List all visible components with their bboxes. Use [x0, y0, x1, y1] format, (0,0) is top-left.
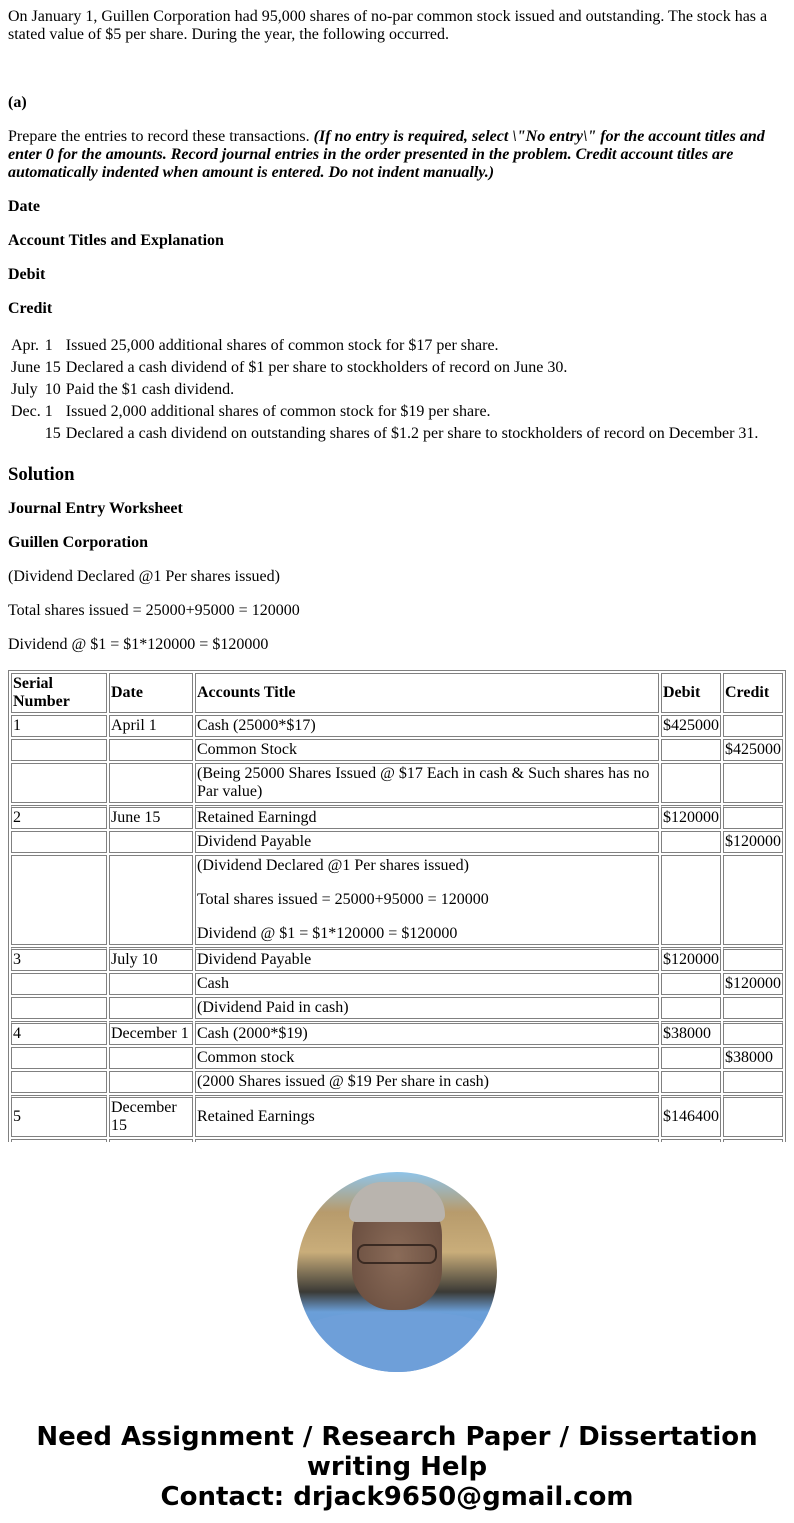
event-day: 1: [44, 402, 63, 422]
table-row: Cash$120000: [11, 973, 783, 995]
cell-account-title: Cash: [195, 973, 659, 995]
cell-account-title: (2000 Shares issued @ $19 Per share in c…: [195, 1071, 659, 1093]
banner-headline: Need Assignment / Research Paper / Disse…: [28, 1422, 766, 1482]
header-credit: Credit: [723, 673, 783, 713]
event-day: 1: [44, 336, 63, 356]
cell-credit: $120000: [723, 973, 783, 995]
event-description: Issued 25,000 additional shares of commo…: [65, 336, 760, 356]
cell-credit: [723, 1021, 783, 1045]
event-month: July: [10, 380, 42, 400]
cell-date: [109, 1047, 193, 1069]
note-dividend-calc: Dividend @ $1 = $1*120000 = $120000: [8, 636, 786, 654]
event-day: 10: [44, 380, 63, 400]
event-description: Issued 2,000 additional shares of common…: [65, 402, 760, 422]
event-description: Declared a cash dividend on outstanding …: [65, 424, 760, 444]
cell-account-title: Cash (2000*$19): [195, 1021, 659, 1045]
table-row: 1April 1Cash (25000*$17)$425000: [11, 715, 783, 737]
cell-credit: [723, 997, 783, 1019]
cell-date: [109, 763, 193, 803]
cell-date: [109, 855, 193, 945]
table-row: (2000 Shares issued @ $19 Per share in c…: [11, 1071, 783, 1093]
cell-serial: [11, 997, 107, 1019]
solution-heading: Solution: [8, 466, 786, 484]
table-row: 3July 10Dividend Payable$120000: [11, 947, 783, 971]
table-row: Dividend Payable$146400: [11, 1139, 783, 1142]
cell-debit: [661, 973, 721, 995]
cell-credit: $425000: [723, 739, 783, 761]
cell-account-title: Retained Earnings: [195, 1095, 659, 1137]
cell-credit: [723, 947, 783, 971]
cell-serial: [11, 1139, 107, 1142]
event-month: June: [10, 358, 42, 378]
cell-debit: [661, 1071, 721, 1093]
cell-debit: [661, 831, 721, 853]
cell-debit: [661, 739, 721, 761]
cell-serial: 1: [11, 715, 107, 737]
cell-debit: $38000: [661, 1021, 721, 1045]
table-row: (Being 25000 Shares Issued @ $17 Each in…: [11, 763, 783, 803]
note-total-shares: Total shares issued = 25000+95000 = 1200…: [8, 602, 786, 620]
cell-credit: [723, 763, 783, 803]
cell-date: [109, 831, 193, 853]
header-debit: Debit: [661, 673, 721, 713]
cell-date: [109, 1071, 193, 1093]
table-row: 4December 1Cash (2000*$19)$38000: [11, 1021, 783, 1045]
cell-serial: [11, 973, 107, 995]
cell-account-title: Retained Earningd: [195, 805, 659, 829]
instruction-text: Prepare the entries to record these tran…: [8, 128, 314, 145]
table-row: (Dividend Paid in cash): [11, 997, 783, 1019]
cell-account-title: Dividend Payable: [195, 947, 659, 971]
company-name: Guillen Corporation: [8, 534, 786, 552]
cell-account-title: Cash (25000*$17): [195, 715, 659, 737]
cell-serial: [11, 855, 107, 945]
journal-entry: 2June 15Retained Earningd$120000Dividend…: [11, 805, 783, 945]
cell-credit: [723, 1095, 783, 1137]
cell-account-title: (Dividend Paid in cash): [195, 997, 659, 1019]
cell-date: [109, 997, 193, 1019]
journal-header-row: Serial Number Date Accounts Title Debit …: [11, 673, 783, 713]
cell-serial: 2: [11, 805, 107, 829]
avatar-container: [8, 1172, 786, 1372]
journal-entry: 3July 10Dividend Payable$120000Cash$1200…: [11, 947, 783, 1019]
cell-debit: [661, 1139, 721, 1142]
event-description: Paid the $1 cash dividend.: [65, 380, 760, 400]
header-date: Date: [109, 673, 193, 713]
event-month: Dec.: [10, 402, 42, 422]
cell-serial: [11, 1071, 107, 1093]
column-label-debit: Debit: [8, 266, 786, 284]
explanation-line: Total shares issued = 25000+95000 = 1200…: [197, 891, 657, 909]
event-day: 15: [44, 424, 63, 444]
cell-debit: [661, 997, 721, 1019]
table-row: 5December 15Retained Earnings$146400: [11, 1095, 783, 1137]
table-row: 2June 15Retained Earningd$120000: [11, 805, 783, 829]
journal-entry: 4December 1Cash (2000*$19)$38000Common s…: [11, 1021, 783, 1093]
cell-debit: [661, 763, 721, 803]
instructions: Prepare the entries to record these tran…: [8, 128, 786, 182]
journal-entry: 5December 15Retained Earnings$146400Divi…: [11, 1095, 783, 1142]
cell-account-title: Common Stock: [195, 739, 659, 761]
cell-debit: [661, 855, 721, 945]
cell-credit: $120000: [723, 831, 783, 853]
cell-serial: 5: [11, 1095, 107, 1137]
journal-table: Serial Number Date Accounts Title Debit …: [8, 670, 786, 1142]
cell-serial: [11, 1047, 107, 1069]
cell-serial: [11, 831, 107, 853]
event-row: July10Paid the $1 cash dividend.: [10, 380, 759, 400]
cell-date: [109, 973, 193, 995]
event-row: June15Declared a cash dividend of $1 per…: [10, 358, 759, 378]
cell-date: [109, 739, 193, 761]
journal-entry: 1April 1Cash (25000*$17)$425000Common St…: [11, 715, 783, 803]
cell-credit: [723, 855, 783, 945]
cell-date: December 1: [109, 1021, 193, 1045]
journal-table-container: Serial Number Date Accounts Title Debit …: [8, 670, 786, 1142]
cell-debit: $425000: [661, 715, 721, 737]
part-label: (a): [8, 94, 786, 112]
table-row: Dividend Payable$120000: [11, 831, 783, 853]
worksheet-title: Journal Entry Worksheet: [8, 500, 786, 518]
cell-credit: [723, 1071, 783, 1093]
events-table: Apr.1Issued 25,000 additional shares of …: [8, 334, 761, 446]
author-photo: [297, 1172, 497, 1372]
cell-credit: $146400: [723, 1139, 783, 1142]
cell-debit: $120000: [661, 805, 721, 829]
cell-date: December 15: [109, 1095, 193, 1137]
event-description: Declared a cash dividend of $1 per share…: [65, 358, 760, 378]
cell-credit: [723, 715, 783, 737]
event-month: [10, 424, 42, 444]
banner-contact: Contact: drjack9650@gmail.com: [28, 1482, 766, 1512]
explanation-line: (Dividend Declared @1 Per shares issued): [197, 857, 657, 875]
cell-debit: $146400: [661, 1095, 721, 1137]
header-serial: Serial Number: [11, 673, 107, 713]
cell-account-title: (Dividend Declared @1 Per shares issued)…: [195, 855, 659, 945]
cell-date: April 1: [109, 715, 193, 737]
event-day: 15: [44, 358, 63, 378]
explanation-line: Dividend @ $1 = $1*120000 = $120000: [197, 925, 657, 943]
cell-account-title: Common stock: [195, 1047, 659, 1069]
column-label-credit: Credit: [8, 300, 786, 318]
table-row: (Dividend Declared @1 Per shares issued)…: [11, 855, 783, 945]
cell-debit: [661, 1047, 721, 1069]
table-row: Common Stock$425000: [11, 739, 783, 761]
cell-credit: $38000: [723, 1047, 783, 1069]
cell-serial: 4: [11, 1021, 107, 1045]
cell-serial: [11, 763, 107, 803]
cell-account-title: Dividend Payable: [195, 831, 659, 853]
cell-credit: [723, 805, 783, 829]
cell-serial: 3: [11, 947, 107, 971]
cell-serial: [11, 739, 107, 761]
problem-intro: On January 1, Guillen Corporation had 95…: [8, 8, 786, 44]
cell-account-title: (Being 25000 Shares Issued @ $17 Each in…: [195, 763, 659, 803]
column-label-account: Account Titles and Explanation: [8, 232, 786, 250]
event-row: 15Declared a cash dividend on outstandin…: [10, 424, 759, 444]
cell-account-title: Dividend Payable: [195, 1139, 659, 1142]
table-row: Common stock$38000: [11, 1047, 783, 1069]
cell-date: June 15: [109, 805, 193, 829]
column-label-date: Date: [8, 198, 786, 216]
note-dividend: (Dividend Declared @1 Per shares issued): [8, 568, 786, 586]
event-row: Dec.1Issued 2,000 additional shares of c…: [10, 402, 759, 422]
event-row: Apr.1Issued 25,000 additional shares of …: [10, 336, 759, 356]
cell-debit: $120000: [661, 947, 721, 971]
cell-date: July 10: [109, 947, 193, 971]
event-month: Apr.: [10, 336, 42, 356]
document: On January 1, Guillen Corporation had 95…: [0, 8, 794, 1512]
cell-date: [109, 1139, 193, 1142]
contact-banner: Need Assignment / Research Paper / Disse…: [8, 1422, 786, 1512]
header-accounts-title: Accounts Title: [195, 673, 659, 713]
